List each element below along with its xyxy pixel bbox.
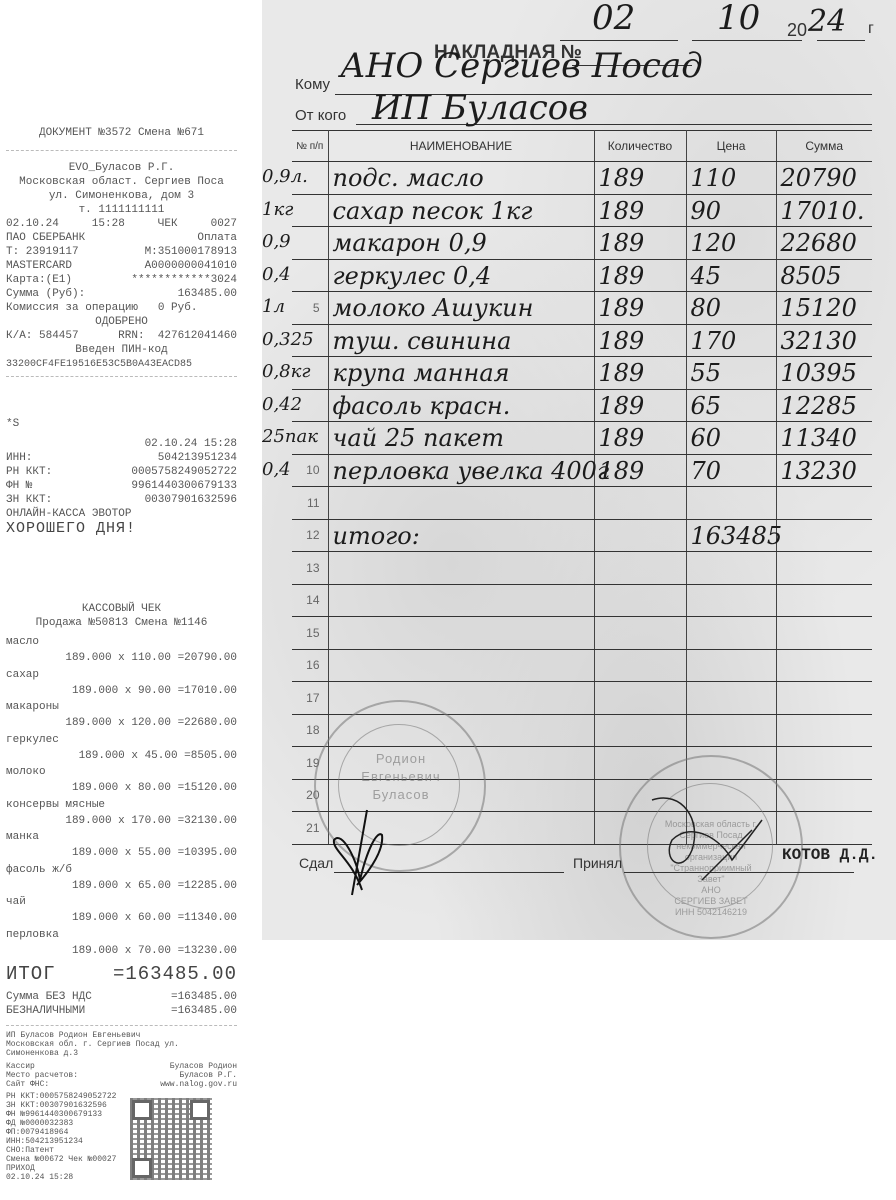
merchant-address-1: Московская област. Сергиев Поса [6,176,237,189]
row-price [686,584,776,617]
row-qty: 189 [594,227,686,260]
date-month: 10 [717,0,760,38]
place-row: Место расчетов:Буласов Р.Г. [6,1071,237,1080]
sale-item-name: чай [6,896,237,909]
sale-item-line: 189.000 x 45.00 =8505.00 [6,750,237,763]
no-vat-label: Сумма БЕЗ НДС [6,991,92,1004]
row-qty: 189 [594,454,686,487]
zn: 00307901632596 [145,494,237,507]
row-qty-text: 189 [599,262,645,290]
row-qty [594,649,686,682]
row-sum-text: 12285 [781,392,857,420]
sale-item-name: перловка [6,929,237,942]
row-number-text: 10 [306,463,319,477]
sale-item-name: сахар [6,669,237,682]
table-row: 11 [292,487,872,520]
no-vat-value: =163485.00 [171,991,237,1004]
op-type: Оплата [197,232,237,245]
row-price [686,682,776,715]
row-sum [776,649,872,682]
cashless-label: БЕЗНАЛИЧНЫМИ [6,1005,85,1018]
row-name: итого: [328,519,594,552]
row-price: 65 [686,389,776,422]
row-number-text: 5 [313,301,320,315]
row-sum-text: 20790 [781,164,857,192]
row-sum: 13230 [776,454,872,487]
row-number: 25пак [292,422,328,455]
card-type-row: MASTERCARDA0000000041010 [6,260,237,273]
row-sum [776,552,872,585]
fiscal-line: РН ККТ:0005758249052722 [6,1092,120,1101]
stamp-line: Родион [356,750,446,768]
rn-label: РН ККТ: [6,466,52,479]
fiscal-line: ФП:0079418964 [6,1128,120,1137]
row-number: 0,325 [292,324,328,357]
doc-header: ДОКУМЕНТ №3572 Смена №671 [6,127,237,140]
fn-label: ФН № [6,480,32,493]
row-name-text: фасоль красн. [333,392,511,420]
row-qty [594,617,686,650]
merchant-phone: т. 1111111111 [6,204,237,217]
divider [6,1025,237,1026]
row-price-text: 65 [691,392,722,420]
row-price: 170 [686,324,776,357]
date-underline [560,40,678,41]
cashier-row: КассирБуласов Родион [6,1062,237,1071]
row-number: 16 [292,649,328,682]
stamp-left-text: РодионЕвгеньевичБуласов [356,750,446,804]
row-price [686,487,776,520]
merchant-address-2: ул. Симоненкова, дом 3 [6,190,237,203]
row-name-text: молоко Ашукин [333,294,534,322]
row-price-text: 120 [691,229,737,257]
row-price: 55 [686,357,776,390]
date-year-suffix: 24 [808,4,846,39]
row-name-text: крупа манная [333,359,510,387]
sale-item-line: 189.000 x 65.00 =12285.00 [6,880,237,893]
footer-seller: ИП Буласов Родион Евгеньевич [6,1031,231,1040]
site-value: www.nalog.gov.ru [160,1080,237,1089]
row-price-text: 163485 [691,522,783,550]
signature-received [642,780,782,890]
sale-item-name: фасоль ж/б [6,864,237,877]
col-sum: Сумма [776,131,872,162]
row-qty [594,519,686,552]
row-number: 11 [292,487,328,520]
bank-row: ПАО СБЕРБАНКОплата [6,232,237,245]
date-row: 02.10.24 15:28 ЧЕК 0027 [6,218,237,231]
row-qty: 189 [594,194,686,227]
merchant-id: М:351000178913 [145,246,237,259]
row-sum: 22680 [776,227,872,260]
row-qty-text: 189 [599,327,645,355]
fiscal-line: ФН №9961440300679133 [6,1110,120,1119]
row-price [686,649,776,682]
table-row: 0,9макарон 0,918912022680 [292,227,872,260]
row-sum: 10395 [776,357,872,390]
row-unit: 1кг [262,199,293,220]
date-day: 02 [592,0,635,38]
row-number: 17 [292,682,328,715]
table-row: 0,4геркулес 0,4189458505 [292,259,872,292]
card-label: Карта:(E1) [6,274,72,287]
table-row: 14 [292,584,872,617]
row-number: 1кг [292,194,328,227]
row-unit: 0,325 [262,329,314,350]
total-label: ИТОГ [6,968,56,981]
rn-row: РН ККТ:0005758249052722 [6,466,237,479]
check-label: ЧЕК [158,218,178,231]
row-name [328,617,594,650]
row-qty [594,682,686,715]
row-name: туш. свинина [328,324,594,357]
row-number: 0,410 [292,454,328,487]
sale-item-line: 189.000 x 80.00 =15120.00 [6,782,237,795]
card-aid: A0000000041010 [145,260,237,273]
fiscal-line: СНО:Патент [6,1146,120,1155]
rn: 0005758249052722 [131,466,237,479]
sale-item-line: 189.000 x 55.00 =10395.00 [6,847,237,860]
table-row: 0,9л.подс. масло18911020790 [292,162,872,195]
cashier-label: Кассир [6,1062,35,1071]
row-name-text: макарон 0,9 [333,229,487,257]
row-qty [594,487,686,520]
row-price-text: 45 [691,262,722,290]
table-row: 25пакчай 25 пакет1896011340 [292,422,872,455]
table-header: № п/п НАИМЕНОВАНИЕ Количество Цена Сумма [292,131,872,162]
row-sum-text: 13230 [781,457,857,485]
row-name: макарон 0,9 [328,227,594,260]
table-row: 1л5молоко Ашукин1898015120 [292,292,872,325]
sale-item-name: макароны [6,701,237,714]
row-name: перловка увелка 400г [328,454,594,487]
from-value: ИП Буласов [372,88,588,128]
check-no: 0027 [211,218,237,231]
signature-gave [322,800,412,900]
row-qty: 189 [594,162,686,195]
row-name [328,552,594,585]
card-mask: ************3024 [131,274,237,287]
row-sum: 8505 [776,259,872,292]
fiscal-line: ПРИХОД [6,1164,120,1173]
greeting: ХОРОШЕГО ДНЯ! [6,522,237,535]
row-sum: 20790 [776,162,872,195]
row-price-text: 60 [691,424,722,452]
received-label: Принял [573,855,622,871]
row-unit: 0,9 [262,231,291,252]
row-qty-text: 189 [599,197,645,225]
row-number: 14 [292,584,328,617]
row-price [686,714,776,747]
site-label: Сайт ФНС: [6,1080,49,1089]
auth-row: К/А: 584457RRN: 427612041460 [6,330,237,343]
total-value: =163485.00 [113,968,237,981]
fiscal-line: ФД №0000032383 [6,1119,120,1128]
from-label: От кого [295,107,346,124]
row-unit: 0,42 [262,394,302,415]
table-row: 0,8кгкрупа манная1895510395 [292,357,872,390]
fn: 9961440300679133 [131,480,237,493]
zn-label: ЗН ККТ: [6,494,52,507]
row-sum-text: 22680 [781,229,857,257]
row-sum: 12285 [776,389,872,422]
row-price-text: 70 [691,457,722,485]
hash: 33200CF4FE19516E53C5B0A43EACD85 [6,358,237,371]
row-sum-text: 8505 [781,262,842,290]
row-number: 0,8кг [292,357,328,390]
row-sum-text: 17010. [781,197,865,225]
row-price-text: 55 [691,359,722,387]
row-price: 80 [686,292,776,325]
row-qty: 189 [594,292,686,325]
sale-item-line: 189.000 x 120.00 =22680.00 [6,717,237,730]
year-label: г [868,20,874,38]
row-name-text: сахар песок 1кг [333,197,533,225]
sale-item-line: 189.000 x 170.00 =32130.00 [6,815,237,828]
time: 15:28 [92,218,125,231]
auth-code: К/А: 584457 [6,330,79,343]
row-sum [776,682,872,715]
inn-label: ИНН: [6,452,32,465]
row-name: крупа манная [328,357,594,390]
row-number: 18 [292,714,328,747]
row-name: фасоль красн. [328,389,594,422]
row-qty-text: 189 [599,392,645,420]
row-sum-text: 15120 [781,294,857,322]
table-row: 0,410перловка увелка 400г1897013230 [292,454,872,487]
col-no: № п/п [292,131,328,162]
rrn: RRN: 427612041460 [118,330,237,343]
received-name: КОТОВ Д.Д. [782,846,878,864]
row-qty: 189 [594,422,686,455]
table-row: 0,42фасоль красн.1896512285 [292,389,872,422]
date-underline [692,40,802,41]
row-number: 13 [292,552,328,585]
row-price: 90 [686,194,776,227]
row-price: 110 [686,162,776,195]
row-price: 60 [686,422,776,455]
col-name: НАИМЕНОВАНИЕ [328,131,594,162]
to-label: Кому [295,76,330,93]
terminal-row: Т: 23919117М:351000178913 [6,246,237,259]
row-price [686,552,776,585]
inn: 504213951234 [158,452,237,465]
row-price: 70 [686,454,776,487]
row-qty: 189 [594,324,686,357]
row-sum [776,584,872,617]
row-name: молоко Ашукин [328,292,594,325]
row-sum-text: 10395 [781,359,857,387]
card-row: Карта:(E1)************3024 [6,274,237,287]
row-qty: 189 [594,259,686,292]
place-value: Буласов Р.Г. [179,1071,237,1080]
table-row: 1кгсахар песок 1кг1899017010. [292,194,872,227]
bank: ПАО СБЕРБАНК [6,232,85,245]
invoice-document: 02 10 20 24 г НАКЛАДНАЯ № Кому АНО Серги… [262,0,896,940]
sale-item-line: 189.000 x 90.00 =17010.00 [6,685,237,698]
sale-item-line: 189.000 x 110.00 =20790.00 [6,652,237,665]
row-sum: 15120 [776,292,872,325]
row-number: 0,9 [292,227,328,260]
row-qty-text: 189 [599,294,645,322]
row-name [328,649,594,682]
cash-receipt: ДОКУМЕНТ №3572 Смена №671 EVO_Буласов Р.… [0,0,255,1200]
row-price-text: 110 [691,164,737,192]
sum-value: 163485.00 [178,288,237,301]
sale-item-line: 189.000 x 70.00 =13230.00 [6,945,237,958]
footer-address: Московская обл. г. Сергиев Посад ул. Сим… [6,1040,231,1058]
divider [6,150,237,151]
sale-item-name: масло [6,636,237,649]
site-row: Сайт ФНС:www.nalog.gov.ru [6,1080,237,1089]
row-qty-text: 189 [599,424,645,452]
row-name-text: перловка увелка 400г [333,457,610,485]
row-number: 0,9л. [292,162,328,195]
row-qty-text: 189 [599,359,645,387]
row-qty: 189 [594,357,686,390]
row-price [686,617,776,650]
stamp-inn: ИНН 5042146219 [656,907,766,918]
row-name-text: чай 25 пакет [333,424,505,452]
col-qty: Количество [594,131,686,162]
cashless-value: =163485.00 [171,1005,237,1018]
table-row: 12итого:163485 [292,519,872,552]
row-name: чай 25 пакет [328,422,594,455]
row-sum [776,747,872,780]
row-name: сахар песок 1кг [328,194,594,227]
row-name [328,487,594,520]
row-sum [776,617,872,650]
sale-item-name: манка [6,831,237,844]
sale-item-name: молоко [6,766,237,779]
table-row: 0,325туш. свинина18917032130 [292,324,872,357]
sale-item-name: консервы мясные [6,799,237,812]
sale-subtitle: Продажа №50813 Смена №1146 [6,617,237,630]
sale-item-line: 189.000 x 60.00 =11340.00 [6,912,237,925]
fee: Комиссия за операцию 0 Руб. [6,302,237,315]
row-name: геркулес 0,4 [328,259,594,292]
table-row: 15 [292,617,872,650]
row-price-text: 170 [691,327,737,355]
sale-item-name: геркулес [6,734,237,747]
row-sum-text: 32130 [781,327,857,355]
approval-status: ОДОБРЕНО [6,316,237,329]
row-unit: 25пак [262,426,318,447]
row-name-text: геркулес 0,4 [333,262,492,290]
date-underline [817,40,865,41]
row-qty [594,552,686,585]
row-qty: 189 [594,389,686,422]
row-name [328,584,594,617]
col-price: Цена [686,131,776,162]
fiscal-line: ИНН:504213951234 [6,1137,120,1146]
total-row: ИТОГ=163485.00 [6,968,237,981]
no-vat-row: Сумма БЕЗ НДС=163485.00 [6,991,237,1004]
row-price: 120 [686,227,776,260]
divider [6,376,237,377]
stamp-line: Евгеньевич [356,768,446,786]
date: 02.10.24 [6,218,59,231]
row-name-text: подс. масло [333,164,484,192]
row-number: 1л5 [292,292,328,325]
row-name: подс. масло [328,162,594,195]
row-price: 163485 [686,519,776,552]
row-qty-text: 189 [599,229,645,257]
date-year-prefix: 20 [787,20,807,41]
row-sum: 11340 [776,422,872,455]
row-unit: 0,4 [262,459,291,480]
row-name-text: туш. свинина [333,327,512,355]
row-sum: 32130 [776,324,872,357]
table-row: 16 [292,649,872,682]
signature-mark: *S [6,418,237,431]
row-unit: 0,8кг [262,361,310,382]
row-qty-text: 189 [599,457,645,485]
merchant-name: EVO_Буласов Р.Г. [6,162,237,175]
qr-code [130,1098,212,1180]
row-qty [594,714,686,747]
datetime: 02.10.24 15:28 [6,438,237,451]
to-value: АНО Сергиев Посад [340,46,703,86]
row-unit: 0,4 [262,264,291,285]
row-price-text: 90 [691,197,722,225]
row-number: 0,4 [292,259,328,292]
fiscal-line: ЗН ККТ:00307901632596 [6,1101,120,1110]
card-type: MASTERCARD [6,260,72,273]
place-label: Место расчетов: [6,1071,78,1080]
stamp-line: СЕРГИЕВ ЗАВЕТ [656,896,766,907]
row-name-text: итого: [333,522,420,550]
fiscal-line: Смена №00672 Чек №00027 [6,1155,120,1164]
sale-title: КАССОВЫЙ ЧЕК [6,603,237,616]
row-sum: 17010. [776,194,872,227]
inn-row: ИНН:504213951234 [6,452,237,465]
fn-row: ФН №9961440300679133 [6,480,237,493]
pin-entered: Введен ПИН-код [6,344,237,357]
row-number: 12 [292,519,328,552]
row-sum [776,519,872,552]
row-sum-text: 11340 [781,424,857,452]
cashless-row: БЕЗНАЛИЧНЫМИ=163485.00 [6,1005,237,1018]
row-number: 0,42 [292,389,328,422]
row-sum [776,487,872,520]
fiscal-line: 02.10.24 15:28 [6,1173,120,1182]
row-qty [594,584,686,617]
row-qty-text: 189 [599,164,645,192]
table-row: 13 [292,552,872,585]
row-unit: 1л [262,296,285,317]
row-unit: 0,9л. [262,166,308,187]
row-price-text: 80 [691,294,722,322]
sum-label: Сумма (Руб): [6,288,85,301]
cashier-name: Буласов Родион [170,1062,237,1071]
terminal: Т: 23919117 [6,246,79,259]
row-price: 45 [686,259,776,292]
zn-row: ЗН ККТ:00307901632596 [6,494,237,507]
sum-row: Сумма (Руб):163485.00 [6,288,237,301]
row-number: 15 [292,617,328,650]
row-sum [776,714,872,747]
